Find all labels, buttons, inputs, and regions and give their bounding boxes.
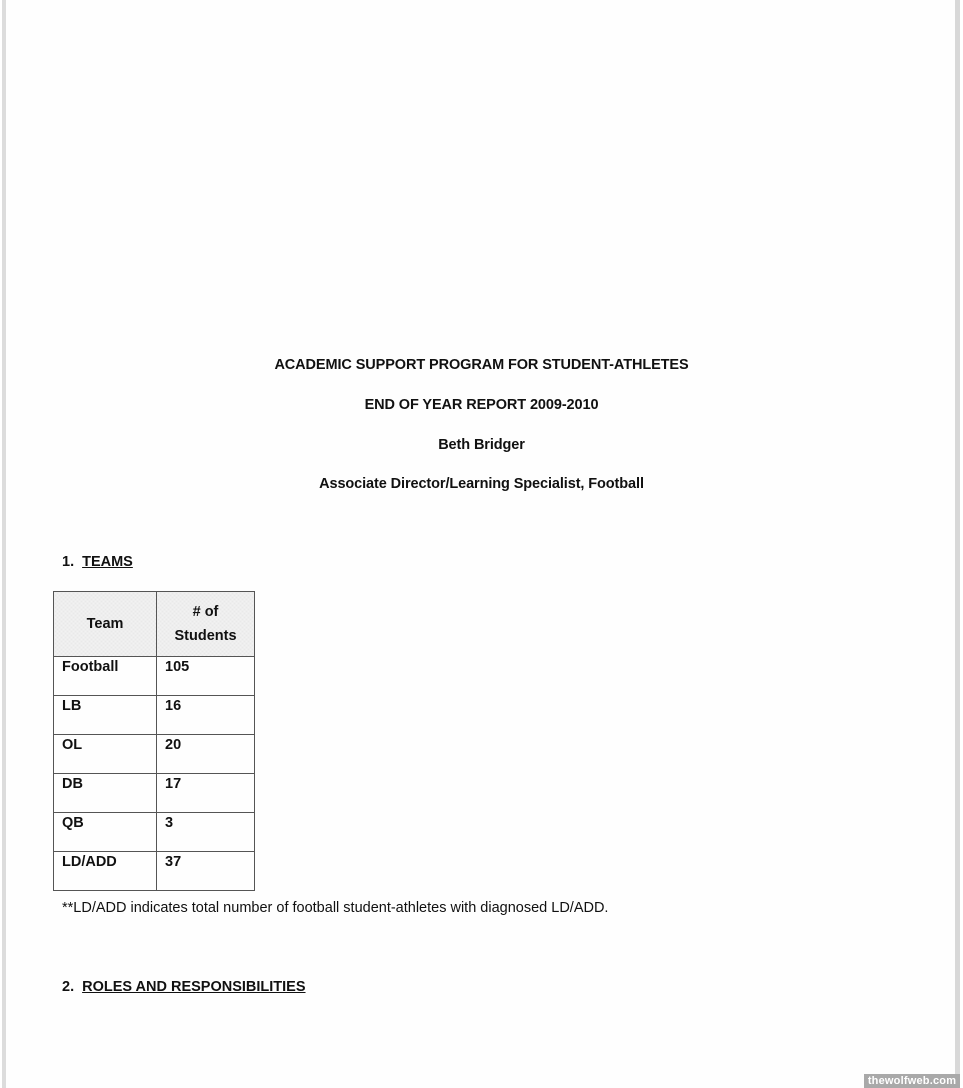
section-heading-teams: 1.TEAMS [62, 554, 133, 570]
team-cell: Football [54, 657, 157, 696]
report-program-title: ACADEMIC SUPPORT PROGRAM FOR STUDENT-ATH… [0, 357, 963, 373]
team-cell: OL [54, 735, 157, 774]
table-header-row: Team # of Students [54, 592, 255, 657]
section-label: TEAMS [82, 554, 133, 570]
report-subtitle: END OF YEAR REPORT 2009-2010 [0, 397, 963, 413]
section-number: 2. [62, 979, 74, 995]
students-cell: 37 [157, 852, 255, 891]
report-author-role: Associate Director/Learning Specialist, … [0, 476, 963, 492]
section-heading-roles: 2.ROLES AND RESPONSIBILITIES [62, 979, 306, 995]
column-header-students-line2: Students [174, 628, 236, 644]
students-cell: 3 [157, 813, 255, 852]
column-header-team: Team [54, 592, 157, 657]
section-label: ROLES AND RESPONSIBILITIES [82, 979, 305, 995]
team-cell: QB [54, 813, 157, 852]
table-row: DB 17 [54, 774, 255, 813]
students-cell: 16 [157, 696, 255, 735]
column-header-students-line1: # of [193, 604, 219, 620]
students-cell: 105 [157, 657, 255, 696]
table-row: LB 16 [54, 696, 255, 735]
students-cell: 20 [157, 735, 255, 774]
team-cell: LB [54, 696, 157, 735]
table-row: LD/ADD 37 [54, 852, 255, 891]
column-header-students: # of Students [157, 592, 255, 657]
table-footnote: **LD/ADD indicates total number of footb… [62, 900, 608, 916]
students-cell: 17 [157, 774, 255, 813]
report-author: Beth Bridger [0, 437, 963, 453]
table-row: OL 20 [54, 735, 255, 774]
teams-table: Team # of Students Football 105 LB 16 OL… [53, 591, 255, 891]
table-row: Football 105 [54, 657, 255, 696]
watermark: thewolfweb.com [864, 1074, 960, 1088]
table-row: QB 3 [54, 813, 255, 852]
team-cell: LD/ADD [54, 852, 157, 891]
section-number: 1. [62, 554, 74, 570]
page-edge-right [955, 0, 960, 1088]
team-cell: DB [54, 774, 157, 813]
document-page [6, 0, 955, 1088]
